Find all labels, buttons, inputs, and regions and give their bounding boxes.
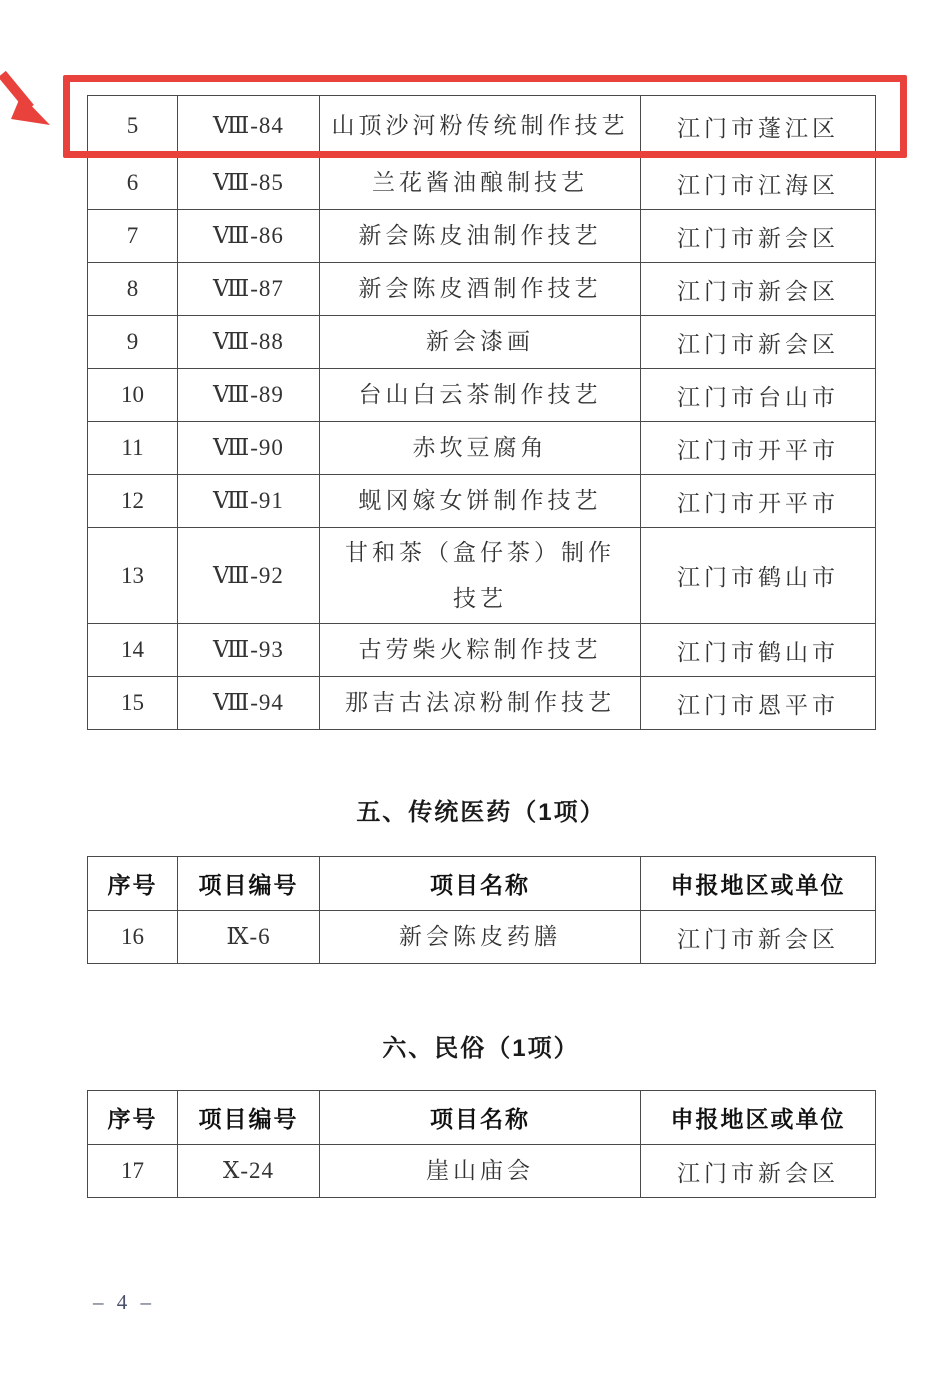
table-row: 13 Ⅷ-92 甘和茶（盒仔茶）制作 技艺 江门市鹤山市	[88, 528, 876, 624]
cell-serial: 10	[88, 369, 178, 422]
header-code: 项目编号	[178, 857, 320, 911]
cell-region: 江门市开平市	[641, 422, 876, 475]
cell-serial: 13	[88, 528, 178, 624]
cell-serial: 14	[88, 624, 178, 677]
table-row-highlighted: 5 Ⅷ-84 山顶沙河粉传统制作技艺 江门市蓬江区	[88, 96, 876, 157]
header-code: 项目编号	[178, 1091, 320, 1145]
cell-name: 山顶沙河粉传统制作技艺	[320, 96, 641, 157]
cell-region: 江门市新会区	[641, 263, 876, 316]
cell-code: Ⅹ-24	[178, 1145, 320, 1198]
header-region: 申报地区或单位	[641, 857, 876, 911]
cell-region: 江门市恩平市	[641, 677, 876, 730]
cell-serial: 5	[88, 96, 178, 157]
cell-region: 江门市新会区	[641, 210, 876, 263]
table-header-row: 序号 项目编号 项目名称 申报地区或单位	[88, 1091, 876, 1145]
cell-code: Ⅷ-91	[178, 475, 320, 528]
cell-serial: 8	[88, 263, 178, 316]
table-row: 9 Ⅷ-88 新会漆画 江门市新会区	[88, 316, 876, 369]
header-region: 申报地区或单位	[641, 1091, 876, 1145]
section-title-medicine: 五、传统医药（1项）	[87, 792, 875, 827]
cell-code: Ⅷ-94	[178, 677, 320, 730]
table-header-row: 序号 项目编号 项目名称 申报地区或单位	[88, 857, 876, 911]
cell-code: Ⅸ-6	[178, 911, 320, 964]
header-serial: 序号	[88, 1091, 178, 1145]
cell-serial: 15	[88, 677, 178, 730]
cell-region: 江门市蓬江区	[641, 96, 876, 157]
cell-region: 江门市鹤山市	[641, 624, 876, 677]
cell-serial: 7	[88, 210, 178, 263]
document-page: 5 Ⅷ-84 山顶沙河粉传统制作技艺 江门市蓬江区 6 Ⅷ-85 兰花酱油酿制技…	[0, 0, 944, 1375]
cell-serial: 11	[88, 422, 178, 475]
cell-code: Ⅷ-89	[178, 369, 320, 422]
page-number: – 4 –	[93, 1290, 155, 1315]
table-row: 6 Ⅷ-85 兰花酱油酿制技艺 江门市江海区	[88, 157, 876, 210]
cell-name: 新会陈皮酒制作技艺	[320, 263, 641, 316]
cell-name: 赤坎豆腐角	[320, 422, 641, 475]
cell-name: 兰花酱油酿制技艺	[320, 157, 641, 210]
cell-code: Ⅷ-84	[178, 96, 320, 157]
medicine-table: 序号 项目编号 项目名称 申报地区或单位 16 Ⅸ-6 新会陈皮药膳 江门市新会…	[87, 856, 876, 964]
table-row: 11 Ⅷ-90 赤坎豆腐角 江门市开平市	[88, 422, 876, 475]
craft-items-table: 5 Ⅷ-84 山顶沙河粉传统制作技艺 江门市蓬江区 6 Ⅷ-85 兰花酱油酿制技…	[87, 95, 876, 730]
cell-code: Ⅷ-92	[178, 528, 320, 624]
cell-name: 古劳柴火粽制作技艺	[320, 624, 641, 677]
table-row: 10 Ⅷ-89 台山白云茶制作技艺 江门市台山市	[88, 369, 876, 422]
table-row: 16 Ⅸ-6 新会陈皮药膳 江门市新会区	[88, 911, 876, 964]
table-row: 15 Ⅷ-94 那吉古法凉粉制作技艺 江门市恩平市	[88, 677, 876, 730]
highlight-arrow-icon	[0, 68, 64, 132]
cell-region: 江门市新会区	[641, 316, 876, 369]
cell-name: 蚬冈嫁女饼制作技艺	[320, 475, 641, 528]
folk-table: 序号 项目编号 项目名称 申报地区或单位 17 Ⅹ-24 崖山庙会 江门市新会区	[87, 1090, 876, 1198]
cell-region: 江门市江海区	[641, 157, 876, 210]
header-name: 项目名称	[320, 1091, 641, 1145]
cell-region: 江门市新会区	[641, 1145, 876, 1198]
table-row: 17 Ⅹ-24 崖山庙会 江门市新会区	[88, 1145, 876, 1198]
cell-name: 那吉古法凉粉制作技艺	[320, 677, 641, 730]
table-row: 12 Ⅷ-91 蚬冈嫁女饼制作技艺 江门市开平市	[88, 475, 876, 528]
cell-serial: 6	[88, 157, 178, 210]
cell-region: 江门市鹤山市	[641, 528, 876, 624]
cell-code: Ⅷ-86	[178, 210, 320, 263]
table-row: 8 Ⅷ-87 新会陈皮酒制作技艺 江门市新会区	[88, 263, 876, 316]
header-name: 项目名称	[320, 857, 641, 911]
cell-code: Ⅷ-85	[178, 157, 320, 210]
cell-code: Ⅷ-88	[178, 316, 320, 369]
cell-serial: 17	[88, 1145, 178, 1198]
header-serial: 序号	[88, 857, 178, 911]
cell-name: 新会陈皮药膳	[320, 911, 641, 964]
cell-name: 崖山庙会	[320, 1145, 641, 1198]
table-row: 14 Ⅷ-93 古劳柴火粽制作技艺 江门市鹤山市	[88, 624, 876, 677]
section-title-folk: 六、民俗（1项）	[87, 1028, 875, 1063]
cell-name: 台山白云茶制作技艺	[320, 369, 641, 422]
cell-name: 新会漆画	[320, 316, 641, 369]
cell-serial: 16	[88, 911, 178, 964]
cell-code: Ⅷ-90	[178, 422, 320, 475]
cell-serial: 9	[88, 316, 178, 369]
cell-code: Ⅷ-93	[178, 624, 320, 677]
cell-region: 江门市台山市	[641, 369, 876, 422]
cell-name: 甘和茶（盒仔茶）制作 技艺	[320, 528, 641, 624]
table-row: 7 Ⅷ-86 新会陈皮油制作技艺 江门市新会区	[88, 210, 876, 263]
cell-serial: 12	[88, 475, 178, 528]
cell-code: Ⅷ-87	[178, 263, 320, 316]
cell-region: 江门市新会区	[641, 911, 876, 964]
cell-name: 新会陈皮油制作技艺	[320, 210, 641, 263]
cell-region: 江门市开平市	[641, 475, 876, 528]
